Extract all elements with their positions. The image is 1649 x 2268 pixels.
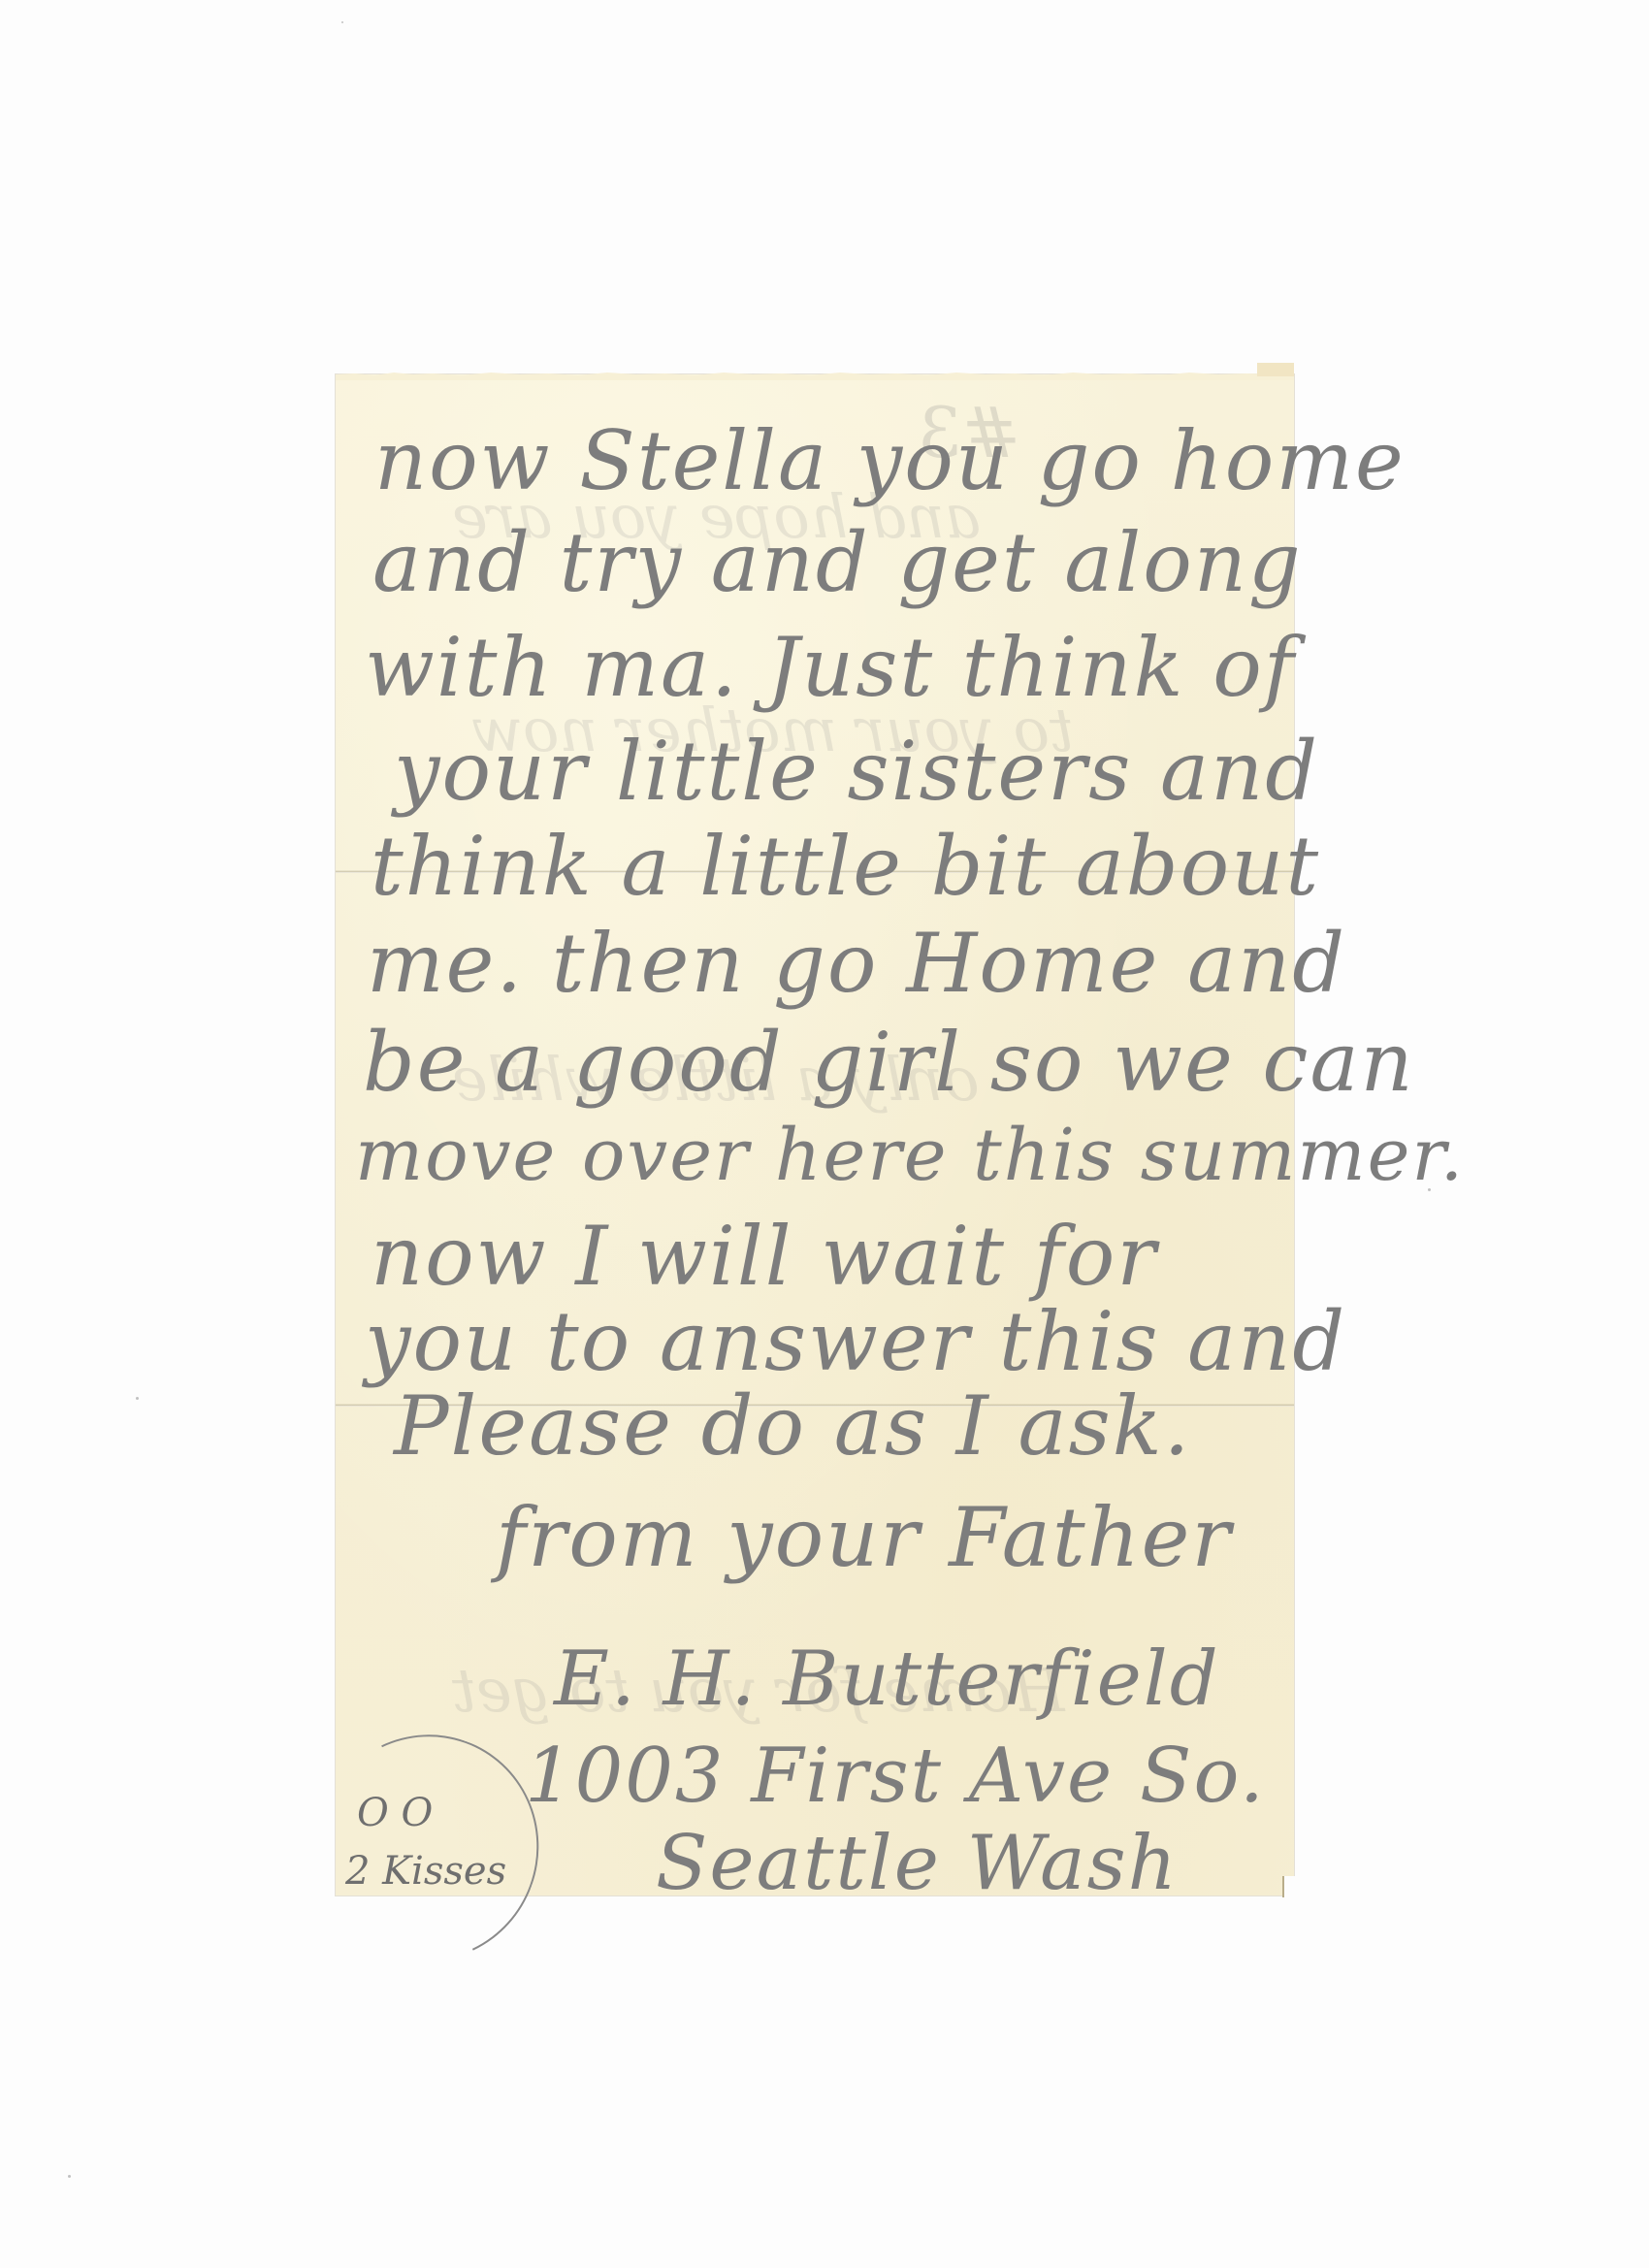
letter-line-9: now I will wait for	[371, 1209, 1157, 1304]
torn-top-edge	[336, 369, 1294, 380]
letter-line-3: with ma. Just think of	[365, 620, 1296, 715]
letter-line-1: now Stella you go home	[374, 413, 1406, 508]
letter-page: #3 and hope you are to your mother now o…	[336, 374, 1294, 1895]
scan-speck	[341, 21, 343, 23]
signature-name: E. H. Butterfield	[554, 1636, 1220, 1723]
margin-note-symbols: O O	[357, 1791, 433, 1835]
letter-line-4: your little sisters and	[394, 724, 1319, 819]
paper-top-right-tab	[1257, 363, 1294, 376]
letter-line-7: be a good girl so we can	[363, 1015, 1415, 1110]
letter-line-10: you to answer this and	[365, 1294, 1346, 1389]
paper-corner-nick	[1282, 1876, 1296, 1897]
letter-line-6: me. then go Home and	[367, 916, 1346, 1011]
letter-closing: from your Father	[496, 1490, 1233, 1585]
letter-line-11: Please do as I ask.	[394, 1378, 1191, 1474]
signature-address-street: 1003 First Ave So.	[525, 1733, 1266, 1820]
letter-line-8: move over here this summer.	[355, 1114, 1465, 1197]
scan-speck	[136, 1397, 139, 1400]
letter-line-5: think a little bit about	[371, 819, 1320, 914]
scan-speck	[68, 2175, 71, 2178]
letter-line-2: and try and get along	[372, 515, 1303, 610]
margin-note-text: 2 Kisses	[345, 1849, 506, 1894]
signature-address-city: Seattle Wash	[656, 1820, 1179, 1907]
